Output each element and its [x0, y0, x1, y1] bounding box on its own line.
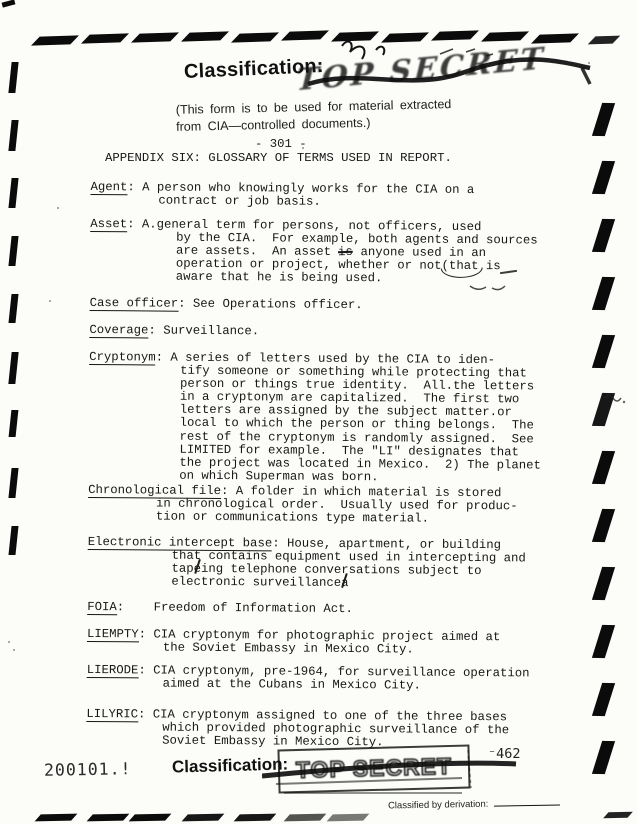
definition-line: tion or communications type material. [156, 511, 518, 527]
border-mark [592, 451, 615, 484]
glossary-term: Asset [90, 217, 127, 232]
definition-text: is [338, 246, 353, 259]
glossary-term: Case officer [90, 296, 179, 312]
definition-text: (that [442, 259, 479, 273]
border-mark [8, 468, 18, 498]
border-mark [8, 352, 18, 384]
border-mark [8, 294, 18, 323]
definition-text: e [194, 562, 202, 576]
border-mark [8, 236, 18, 266]
definition-text: Freedom of Information Act. [131, 600, 352, 616]
glossary-term: Agent [90, 180, 127, 195]
border-mark [592, 277, 615, 310]
glossary-term: Coverage [89, 323, 148, 338]
definition-text: aimed at the Cubans in Mexico City. [163, 677, 421, 693]
border-mark [603, 812, 633, 818]
definition-text: electronic surveillance [171, 575, 341, 590]
definition-text: the Soviet Embassy in Mexico City. [163, 641, 414, 657]
glossary-entry: Cryptonym: A series of letters used by t… [88, 351, 542, 485]
border-mark [131, 32, 179, 42]
definition-line: Coverage: Surveillance. [89, 324, 259, 338]
glossary-term: LIERODE [87, 663, 139, 678]
definition-text: contract or job basis. [158, 194, 320, 209]
definition-text: Surveillance. [163, 324, 259, 339]
scan-speck [8, 641, 10, 643]
definition-line: the Soviet Embassy in Mexico City. [163, 642, 500, 658]
control-number-stamp: 200101.! [44, 759, 132, 780]
glossary-entry: LIEMPTY: CIA cryptonym for photographic … [87, 628, 500, 657]
border-mark [2, 0, 16, 8]
definition-text: on which Superman was born. [179, 469, 378, 485]
border-mark [8, 120, 18, 151]
definition-text: tion or communications type material. [156, 510, 429, 526]
definition-text: See Operations officer. [193, 297, 363, 312]
border-mark [9, 410, 19, 437]
stamp-text: TOP SECRET [296, 41, 547, 98]
document-title: APPENDIX SIX: GLOSSARY OF TERMS USED IN … [105, 151, 452, 165]
border-mark [182, 814, 225, 822]
glossary-term: Cryptonym [89, 350, 156, 366]
border-mark [592, 509, 615, 542]
glossary: Agent: A person who knowingly works for … [92, 0, 622, 4]
glossary-entry: Chronological file: A folder in which ma… [88, 484, 518, 527]
border-mark [87, 814, 130, 822]
border-mark [592, 103, 615, 136]
definition-line: aimed at the Cubans in Mexico City. [163, 678, 530, 694]
definition-text: tap [171, 562, 193, 576]
border-mark [129, 814, 172, 822]
form-note: (This form is to be used for material ex… [176, 96, 452, 135]
glossary-entry: Electronic intercept base: House, apartm… [87, 536, 526, 592]
derivation-label: Classified by derivation: [388, 799, 489, 812]
border-mark [8, 62, 18, 93]
border-mark [181, 31, 229, 41]
border-mark [327, 814, 370, 822]
border-mark [8, 526, 18, 555]
border-mark [35, 814, 78, 822]
border-mark [81, 33, 129, 43]
stamp-box: TOP SECRET [277, 744, 470, 793]
glossary-entry: LIERODE: CIA cryptonym, pre-1964, for su… [87, 664, 530, 694]
border-mark [234, 814, 277, 822]
border-mark [592, 625, 615, 658]
glossary-entry: Asset: A.general term for persons, not o… [90, 218, 538, 287]
glossary-term: LILYRIC [86, 707, 138, 722]
definition-text: aware that he is being used. [176, 270, 383, 286]
border-mark [284, 814, 327, 822]
derivation-line: Classified by derivation: [388, 795, 561, 811]
top-secret-stamp: TOP SECRET [262, 742, 517, 800]
border-mark [592, 683, 615, 716]
scan-speck [302, 147, 304, 149]
top-secret-stamp: TOP SECRET [290, 34, 600, 104]
scan-speck [57, 207, 59, 209]
border-mark [31, 35, 79, 45]
border-mark [592, 741, 615, 774]
glossary-term: LIEMPTY [87, 627, 139, 642]
glossary-entry: Agent: A person who knowingly works for … [90, 181, 474, 210]
page-number-stamp: ⁻462 [488, 746, 521, 762]
border-mark [592, 567, 615, 600]
stray-squiggle [468, 278, 508, 292]
scan-speck [49, 300, 51, 302]
border-mark [231, 32, 279, 42]
scan-speck [588, 62, 590, 64]
glossary-term: FOIA [87, 600, 117, 615]
glossary-entry: FOIA: Freedom of Information Act. [87, 601, 353, 616]
border-mark [592, 219, 615, 252]
border-mark [592, 335, 615, 368]
document-page: Classification: TOP SECRET (This form is… [0, 0, 638, 824]
definition-line: Case officer: See Operations officer. [90, 297, 363, 312]
glossary-entry: Case officer: See Operations officer. [90, 297, 363, 312]
definition-text: a [341, 576, 349, 590]
definition-line: FOIA: Freedom of Information Act. [87, 601, 353, 616]
definition-line: electronic surveillancea [171, 576, 525, 592]
signature-line [494, 795, 560, 806]
glossary-entry: Coverage: Surveillance. [89, 324, 259, 338]
border-mark [592, 161, 615, 194]
scan-speck [13, 649, 15, 651]
page-number: - 301 - [255, 137, 307, 151]
border-mark [8, 178, 18, 208]
stamp-text: TOP SECRET [280, 747, 469, 790]
stray-squiggle [602, 388, 632, 406]
definition-line: contract or job basis. [158, 195, 474, 211]
